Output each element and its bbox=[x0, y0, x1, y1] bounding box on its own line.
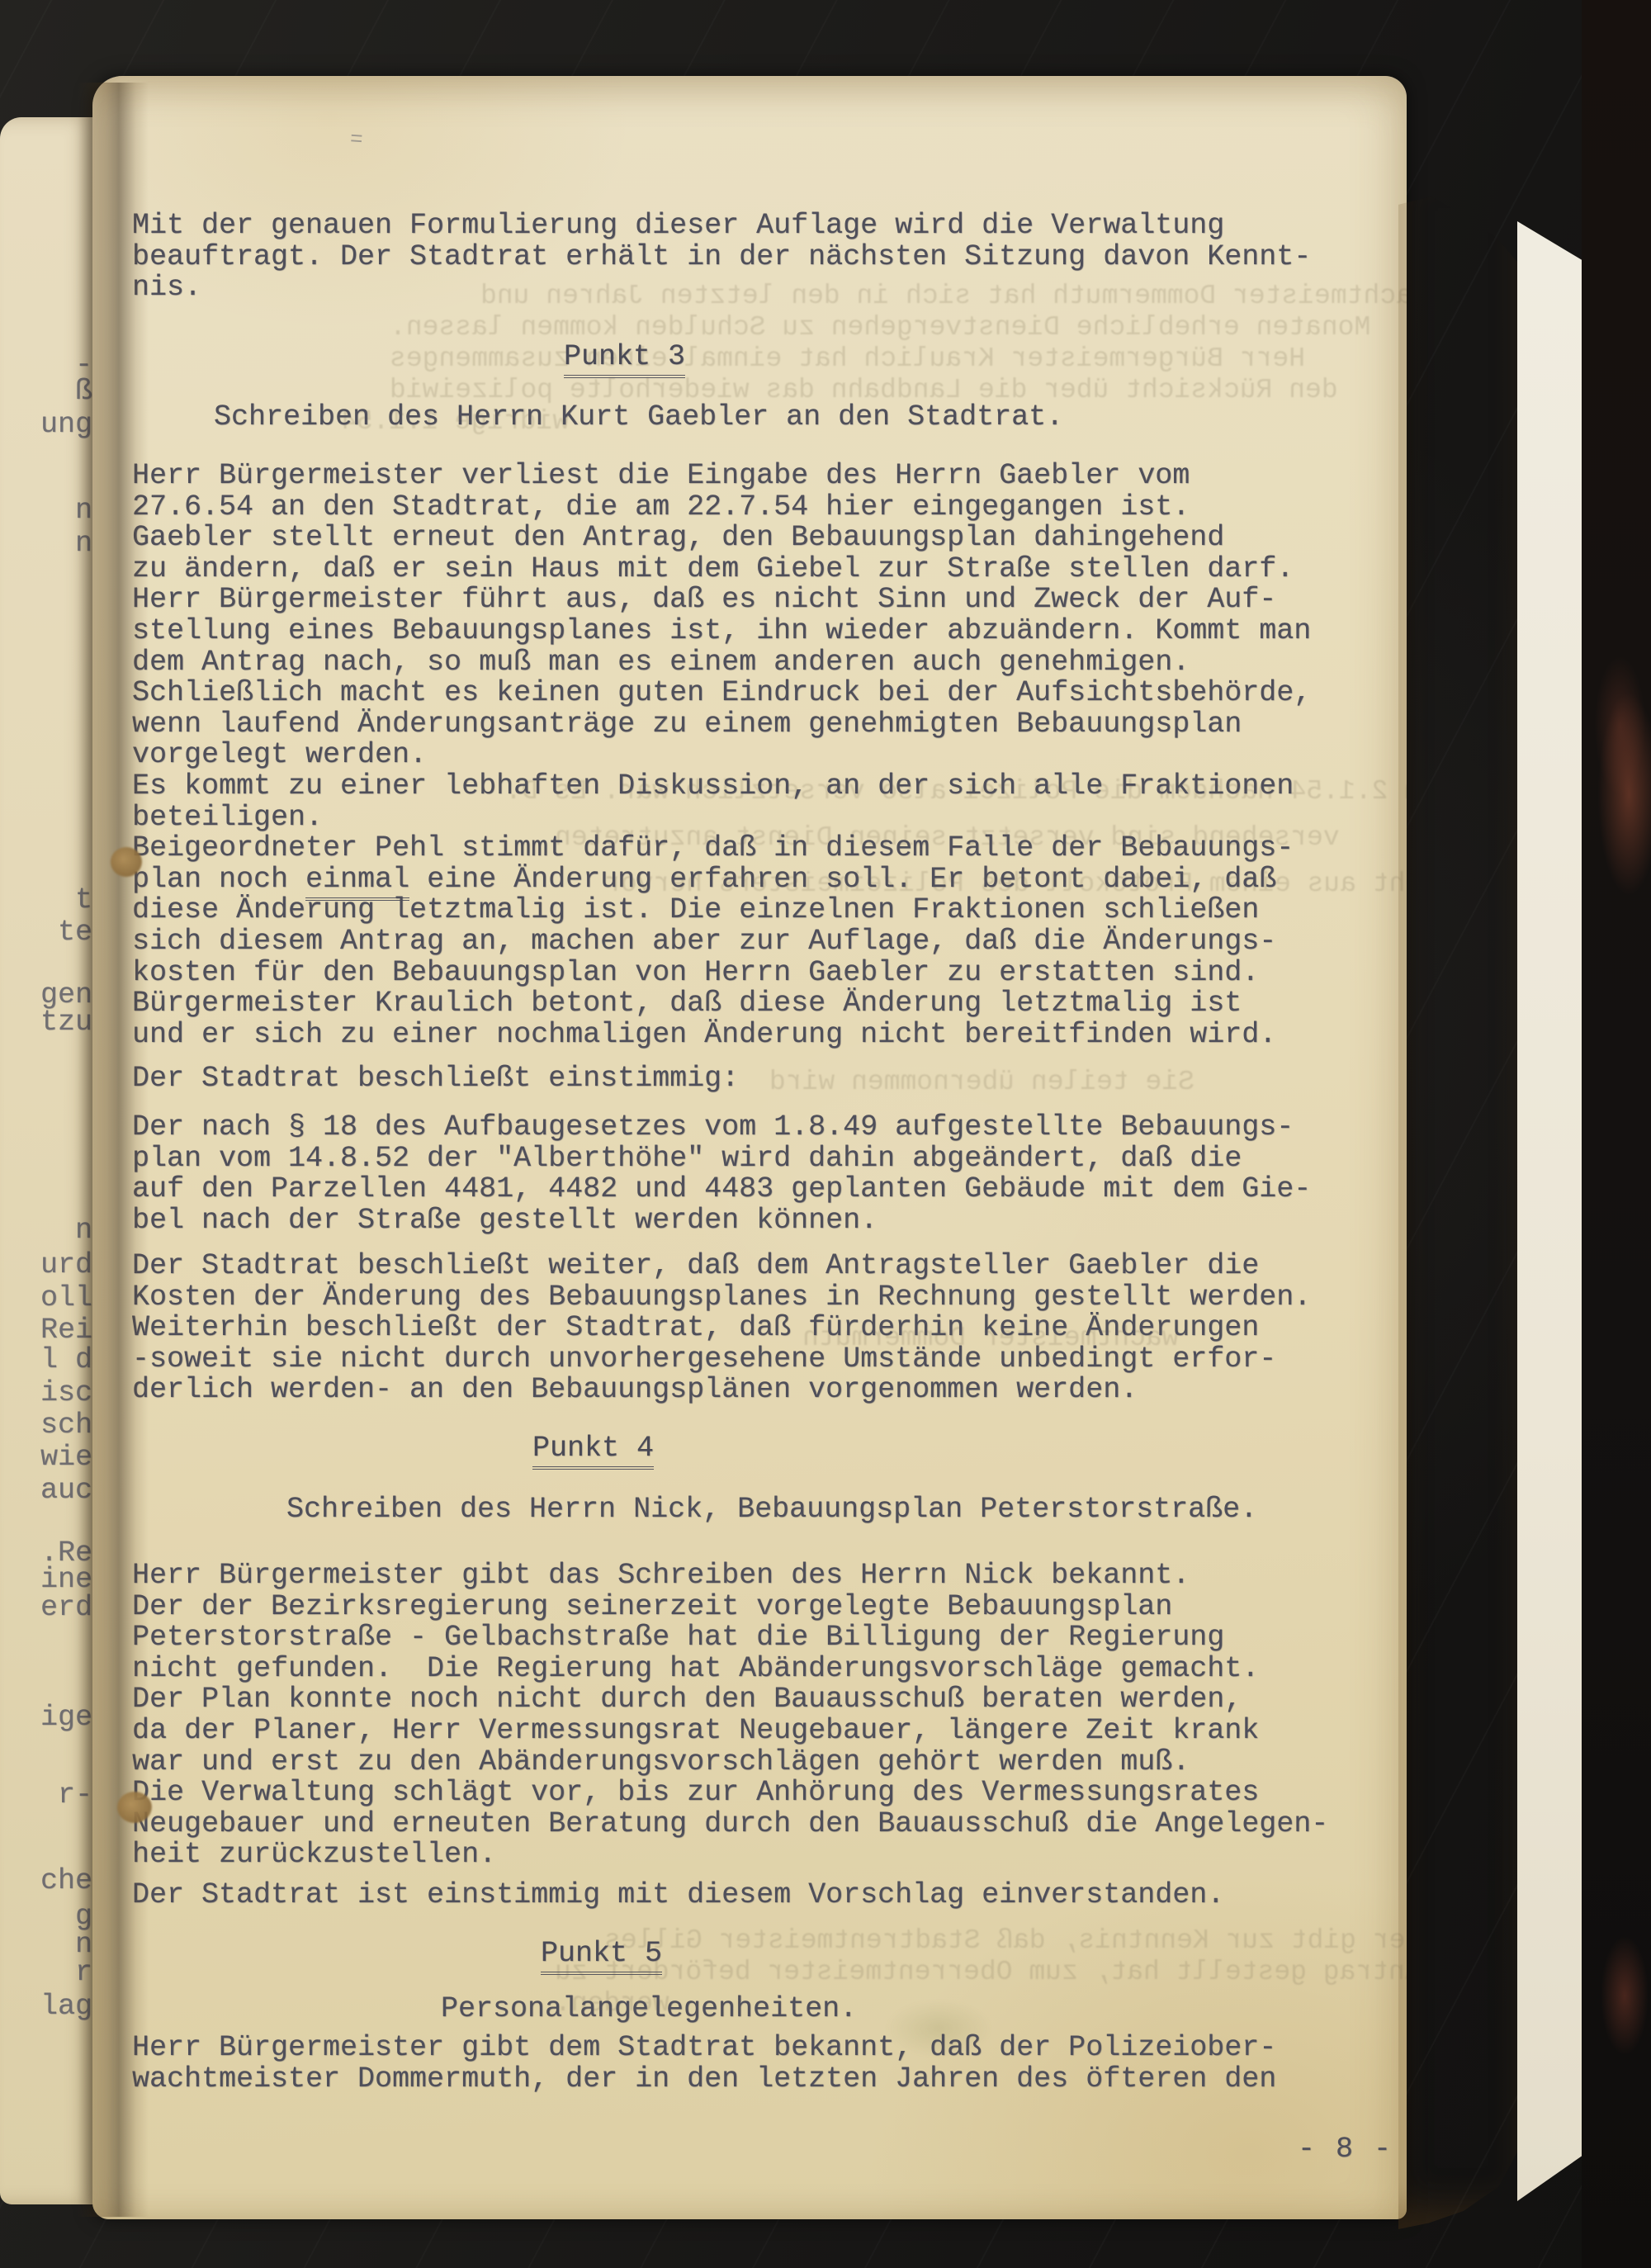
text-segment: eine Änderung erfahren soll. Er betont d… bbox=[409, 863, 1276, 896]
previous-page-text-fragment: tzu bbox=[40, 1006, 92, 1039]
bleed-through-text-line: Monaten erhebliche Dienstvergehen zu Sch… bbox=[390, 312, 1370, 343]
page-edges-stack bbox=[1398, 196, 1524, 2229]
text-line-with-underline: plan noch einmal eine Änderung erfahren … bbox=[132, 863, 1311, 894]
previous-page-text-fragment: sch bbox=[40, 1409, 92, 1442]
text-line: Der nach § 18 des Aufbaugesetzes vom 1.8… bbox=[132, 1110, 1311, 1142]
punkt5-heading: Punkt 5 bbox=[541, 1937, 662, 1970]
text-line: Herr Bürgermeister gibt das Schreiben de… bbox=[132, 1559, 1328, 1590]
text-line: 27.6.54 an den Stadtrat, die am 22.7.54 … bbox=[132, 490, 1311, 522]
punkt3-resolution-2: Der Stadtrat beschließt weiter, daß dem … bbox=[132, 1249, 1311, 1404]
text-line: Die Verwaltung schlägt vor, bis zur Anhö… bbox=[132, 1776, 1328, 1807]
text-line: heit zurückzustellen. bbox=[132, 1838, 1328, 1869]
text-line: diese Änderung letztmalig ist. Die einze… bbox=[132, 893, 1311, 925]
previous-page-text-fragment: t bbox=[75, 883, 92, 916]
previous-page-text-fragment: Rei bbox=[40, 1314, 92, 1347]
text-line: bel nach der Straße gestellt werden könn… bbox=[132, 1204, 1311, 1235]
text-line: stellung eines Bebauungsplanes ist, ihn … bbox=[132, 614, 1311, 646]
previous-page-edge: -ßungnnttegentzunurdollReil discschwieau… bbox=[0, 117, 97, 2204]
punkt3-resolution-intro: Der Stadtrat beschließt einstimmig: bbox=[132, 1062, 739, 1093]
previous-page-text-fragment: ung bbox=[40, 408, 92, 441]
text-line: Neugebauer und erneuten Beratung durch d… bbox=[132, 1807, 1328, 1839]
punkt3-heading: Punkt 3 bbox=[564, 340, 685, 373]
punkt4-heading-text: Punkt 4 bbox=[532, 1432, 654, 1470]
text-line: Kosten der Änderung des Bebauungsplanes … bbox=[132, 1281, 1311, 1312]
previous-page-text-fragment: r bbox=[75, 1956, 92, 1989]
text-line: wenn laufend Änderungsanträge zu einem g… bbox=[132, 708, 1311, 739]
text-line: dem Antrag nach, so muß man es einem and… bbox=[132, 646, 1311, 677]
previous-page-text-fragments: -ßungnnttegentzunurdollReil discschwieau… bbox=[0, 117, 97, 2204]
document-page: Oberwachtmeister Dommermuth hat sich in … bbox=[92, 76, 1407, 2219]
text-line: wachtmeister Dommermuth, der in den letz… bbox=[132, 2062, 1276, 2094]
previous-page-text-fragment: oll bbox=[40, 1281, 92, 1314]
text-line: -soweit sie nicht durch unvorhergesehene… bbox=[132, 1342, 1311, 1374]
text-line: Der der Bezirksregierung seinerzeit vorg… bbox=[132, 1590, 1328, 1622]
text-line: Der Stadtrat beschließt weiter, daß dem … bbox=[132, 1249, 1311, 1281]
binding-hole-stain bbox=[111, 847, 142, 877]
punkt3-paragraph: Herr Bürgermeister verliest die Eingabe … bbox=[132, 459, 1311, 1049]
previous-page-text-fragment: erd bbox=[40, 1591, 92, 1624]
text-line: Schreiben des Herrn Nick, Bebauungsplan … bbox=[286, 1493, 1257, 1524]
text-line: Peterstorstraße - Gelbachstraße hat die … bbox=[132, 1621, 1328, 1652]
bleed-through-text-line: Der Bürgermeister gibt zur Kenntnis, daß… bbox=[604, 1925, 1407, 1956]
text-line: Schließlich macht es keinen guten Eindru… bbox=[132, 676, 1311, 708]
previous-page-text-fragment: n bbox=[75, 494, 92, 527]
punkt4-paragraph: Herr Bürgermeister gibt das Schreiben de… bbox=[132, 1559, 1328, 1869]
previous-page-text-fragment: che bbox=[40, 1864, 92, 1897]
text-line: Schreiben des Herrn Kurt Gaebler an den … bbox=[214, 400, 1063, 432]
text-line: zu ändern, daß er sein Haus mit dem Gieb… bbox=[132, 552, 1311, 584]
text-line: Der Stadtrat ist einstimmig mit diesem V… bbox=[132, 1878, 1224, 1910]
punkt4-heading: Punkt 4 bbox=[532, 1432, 654, 1465]
stray-typewriter-mark: = bbox=[349, 126, 364, 152]
text-line: Personalangelegenheiten. bbox=[441, 1992, 857, 2024]
previous-page-text-fragment: r- bbox=[58, 1778, 92, 1811]
bleed-through-text-line: Herr Bürgermeister Kraulich hat einmal e… bbox=[390, 343, 1305, 374]
text-line: Der Plan konnte noch nicht durch den Bau… bbox=[132, 1683, 1328, 1714]
punkt3-heading-text: Punkt 3 bbox=[564, 340, 685, 378]
punkt3-resolution-1: Der nach § 18 des Aufbaugesetzes vom 1.8… bbox=[132, 1110, 1311, 1234]
text-line: nicht gefunden. Die Regierung hat Abände… bbox=[132, 1652, 1328, 1683]
previous-page-text-fragment: urd bbox=[40, 1248, 92, 1281]
text-line: nis. bbox=[132, 271, 1311, 302]
previous-page-text-fragment: lag bbox=[40, 1990, 92, 2023]
text-line: war und erst zu den Abänderungsvorschläg… bbox=[132, 1745, 1328, 1777]
text-line: kosten für den Bebauungsplan von Herrn G… bbox=[132, 956, 1311, 987]
text-line: Es kommt zu einer lebhaften Diskussion, … bbox=[132, 769, 1311, 801]
page-number: - 8 - bbox=[1298, 2133, 1393, 2166]
previous-page-text-fragment: l d bbox=[40, 1343, 92, 1376]
text-segment: plan noch bbox=[132, 863, 305, 896]
punkt4-closing: Der Stadtrat ist einstimmig mit diesem V… bbox=[132, 1878, 1224, 1910]
previous-page-text-fragment: isc bbox=[40, 1376, 92, 1409]
punkt4-subject: Schreiben des Herrn Nick, Bebauungsplan … bbox=[286, 1493, 1257, 1524]
text-line: sich diesem Antrag an, machen aber zur A… bbox=[132, 925, 1311, 956]
text-line: Mit der genauen Formulierung dieser Aufl… bbox=[132, 209, 1311, 240]
punkt5-subject: Personalangelegenheiten. bbox=[441, 1992, 857, 2024]
previous-page-text-fragment: ige bbox=[40, 1701, 92, 1734]
punkt5-heading-text: Punkt 5 bbox=[541, 1937, 662, 1975]
binding-hole-stain bbox=[117, 1792, 152, 1823]
previous-page-text-fragment: n bbox=[75, 527, 92, 560]
previous-page-text-fragment: auc bbox=[40, 1474, 92, 1507]
text-line: beteiligen. bbox=[132, 801, 1311, 832]
text-line: Herr Bürgermeister führt aus, daß es nic… bbox=[132, 583, 1311, 614]
intro-paragraph: Mit der genauen Formulierung dieser Aufl… bbox=[132, 209, 1311, 302]
text-line: Weiterhin beschließt der Stadtrat, daß f… bbox=[132, 1311, 1311, 1342]
text-line: plan vom 14.8.52 der "Alberthöhe" wird d… bbox=[132, 1142, 1311, 1173]
text-line: derlich werden- an den Bebauungsplänen v… bbox=[132, 1373, 1311, 1404]
previous-page-text-fragment: ß bbox=[75, 375, 92, 408]
text-line: Der Stadtrat beschließt einstimmig: bbox=[132, 1062, 739, 1093]
text-line: Herr Bürgermeister gibt dem Stadtrat bek… bbox=[132, 2031, 1276, 2062]
text-line: auf den Parzellen 4481, 4482 und 4483 ge… bbox=[132, 1172, 1311, 1204]
bleed-through-text-line: Sie teilen übernommen wird bbox=[769, 1067, 1194, 1097]
text-line: vorgelegt werden. bbox=[132, 738, 1311, 769]
bleed-through-text-line: bei ihm den Antrag gestellt hat, zum Obe… bbox=[555, 1957, 1407, 1987]
text-line: Gaebler stellt erneut den Antrag, den Be… bbox=[132, 521, 1311, 552]
text-line: und er sich zu einer nochmaligen Änderun… bbox=[132, 1018, 1311, 1049]
previous-page-text-fragment: n bbox=[75, 1214, 92, 1247]
previous-page-text-fragment: te bbox=[58, 916, 92, 949]
previous-page-text-fragment: wie bbox=[40, 1441, 92, 1474]
text-line: Herr Bürgermeister verliest die Eingabe … bbox=[132, 459, 1311, 490]
text-line: Bürgermeister Kraulich betont, daß diese… bbox=[132, 987, 1311, 1018]
text-line: da der Planer, Herr Vermessungsrat Neuge… bbox=[132, 1714, 1328, 1745]
text-line: beauftragt. Der Stadtrat erhält in der n… bbox=[132, 240, 1311, 272]
book-cover-marbled-edge bbox=[1582, 0, 1651, 2268]
punkt5-paragraph: Herr Bürgermeister gibt dem Stadtrat bek… bbox=[132, 2031, 1276, 2093]
punkt3-subject: Schreiben des Herrn Kurt Gaebler an den … bbox=[214, 400, 1063, 432]
text-line: Beigeordneter Pehl stimmt dafür, daß in … bbox=[132, 831, 1311, 863]
